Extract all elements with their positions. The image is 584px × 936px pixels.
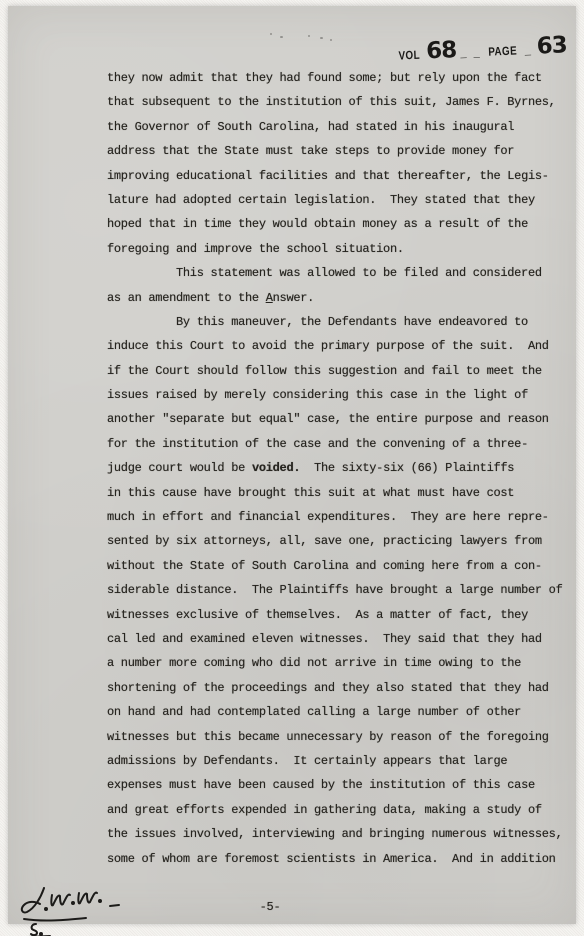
text-line: and great efforts expended in gathering … xyxy=(107,798,577,822)
text-line: shortening of the proceedings and they a… xyxy=(107,676,577,700)
page-number-footer: -5- xyxy=(240,900,300,914)
text-line: as an amendment to the Answer. xyxy=(107,286,577,310)
text-line: if the Court should follow this suggesti… xyxy=(107,359,577,383)
text-line: cal led and examined eleven witnesses. T… xyxy=(107,627,577,651)
text-line: judge court would be voided. The sixty-s… xyxy=(107,456,577,480)
volume-page-stamp: VOL68 _ _ PAGE _ 63 xyxy=(396,34,568,64)
paper-speck xyxy=(270,33,272,35)
stamp-dashes: _ _ xyxy=(460,47,482,60)
paper-speck xyxy=(320,37,323,39)
text-line: on hand and had contemplated calling a l… xyxy=(107,700,577,724)
vol-number: 68 xyxy=(426,39,457,63)
text-line: address that the State must take steps t… xyxy=(107,139,577,163)
text-line: siderable distance. The Plaintiffs have … xyxy=(107,578,577,602)
text-line: much in effort and financial expenditure… xyxy=(107,505,577,529)
text-line: a number more coming who did not arrive … xyxy=(107,651,577,675)
text-line: sented by six attorneys, all, save one, … xyxy=(107,529,577,553)
paper-speck xyxy=(280,36,283,38)
page-dash: _ xyxy=(524,45,533,57)
text-line: improving educational facilities and tha… xyxy=(107,164,577,188)
text-line: witnesses exclusive of themselves. As a … xyxy=(107,603,577,627)
scan-background: { "document": { "stamp": { "vol_label": … xyxy=(0,0,584,936)
paper-speck xyxy=(330,39,332,41)
paper-speck xyxy=(308,35,310,37)
text-line: lature had adopted certain legislation. … xyxy=(107,188,577,212)
text-line: foregoing and improve the school situati… xyxy=(107,237,577,261)
text-line: witnesses but this became unnecessary by… xyxy=(107,725,577,749)
text-line: issues raised by merely considering this… xyxy=(107,383,577,407)
signature-scribble xyxy=(16,880,136,936)
text-line: another "separate but equal" case, the e… xyxy=(107,407,577,431)
text-line: they now admit that they had found some;… xyxy=(107,66,577,90)
text-line: that subsequent to the institution of th… xyxy=(107,90,577,114)
document-body: they now admit that they had found some;… xyxy=(107,66,577,871)
text-line: in this cause have brought this suit at … xyxy=(107,481,577,505)
document-page: VOL68 _ _ PAGE _ 63 they now admit that … xyxy=(8,6,576,924)
vol-label: VOL xyxy=(398,48,420,63)
text-line: This statement was allowed to be filed a… xyxy=(107,261,577,285)
page-label: PAGE xyxy=(488,43,517,58)
text-line: hoped that in time they would obtain mon… xyxy=(107,212,577,236)
text-line: some of whom are foremost scientists in … xyxy=(107,847,577,871)
page-number-stamp: 63 xyxy=(536,34,567,58)
text-line: By this maneuver, the Defendants have en… xyxy=(107,310,577,334)
text-line: the Governor of South Carolina, had stat… xyxy=(107,115,577,139)
text-line: admissions by Defendants. It certainly a… xyxy=(107,749,577,773)
signature-initials: J.W.W. 5. xyxy=(16,880,136,936)
text-line: the issues involved, interviewing and br… xyxy=(107,822,577,846)
text-line: for the institution of the case and the … xyxy=(107,432,577,456)
text-line: without the State of South Carolina and … xyxy=(107,554,577,578)
text-line: expenses must have been caused by the in… xyxy=(107,773,577,797)
text-line: induce this Court to avoid the primary p… xyxy=(107,334,577,358)
